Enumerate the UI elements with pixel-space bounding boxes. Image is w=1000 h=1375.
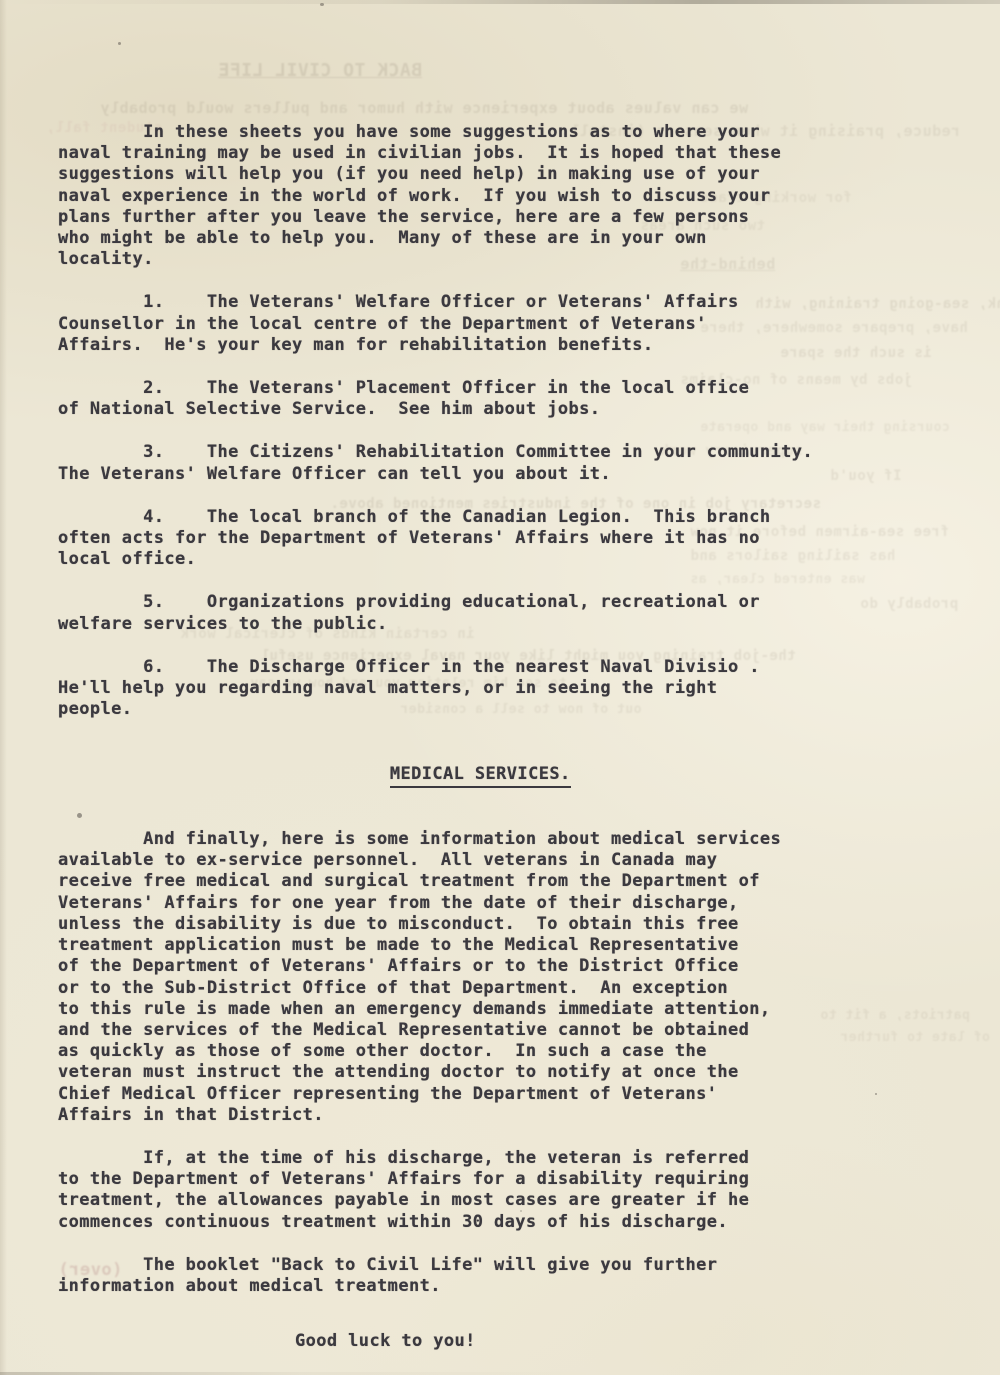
contact-item-5: 5. Organizations providing educational, … — [58, 592, 813, 634]
bleedthrough-fragment: of late to further — [840, 1030, 990, 1045]
contact-item-2: 2. The Veterans' Placement Officer in th… — [58, 378, 813, 420]
closing-line: Good luck to you! — [295, 1331, 813, 1352]
bleedthrough-fragment: If you'd — [830, 468, 901, 484]
document-page: BACK TO CIVIL LIFEwe can values about ex… — [0, 0, 1000, 1375]
booklet-paragraph: The booklet "Back to Civil Life" will gi… — [58, 1255, 813, 1297]
medical-info-paragraph: And finally, here is some information ab… — [58, 829, 813, 1126]
intro-paragraph: In these sheets you have some suggestion… — [58, 122, 813, 270]
document-body: In these sheets you have some suggestion… — [58, 122, 813, 1352]
scan-edge-left-shadow — [0, 0, 7, 1375]
bleedthrough-fragment: we can values about experience with humo… — [100, 99, 748, 117]
section-heading-medical-services: MEDICAL SERVICES. — [326, 742, 813, 809]
scan-edge-top-shadow — [0, 0, 1000, 4]
contact-item-1: 1. The Veterans' Welfare Officer or Vete… — [58, 292, 813, 356]
bleedthrough-fragment: probably do — [860, 596, 958, 612]
bleedthrough-fragment: BACK TO CIVIL LIFE — [218, 60, 422, 81]
contact-item-6: 6. The Discharge Officer in the nearest … — [58, 657, 813, 721]
contact-item-3: 3. The Citizens' Rehabilitation Committe… — [58, 442, 813, 484]
referral-paragraph: If, at the time of his discharge, the ve… — [58, 1148, 813, 1233]
section-heading-text: MEDICAL SERVICES. — [390, 764, 571, 788]
bleedthrough-fragment: patriots, a fit to — [820, 1008, 970, 1023]
contact-item-4: 4. The local branch of the Canadian Legi… — [58, 507, 813, 571]
